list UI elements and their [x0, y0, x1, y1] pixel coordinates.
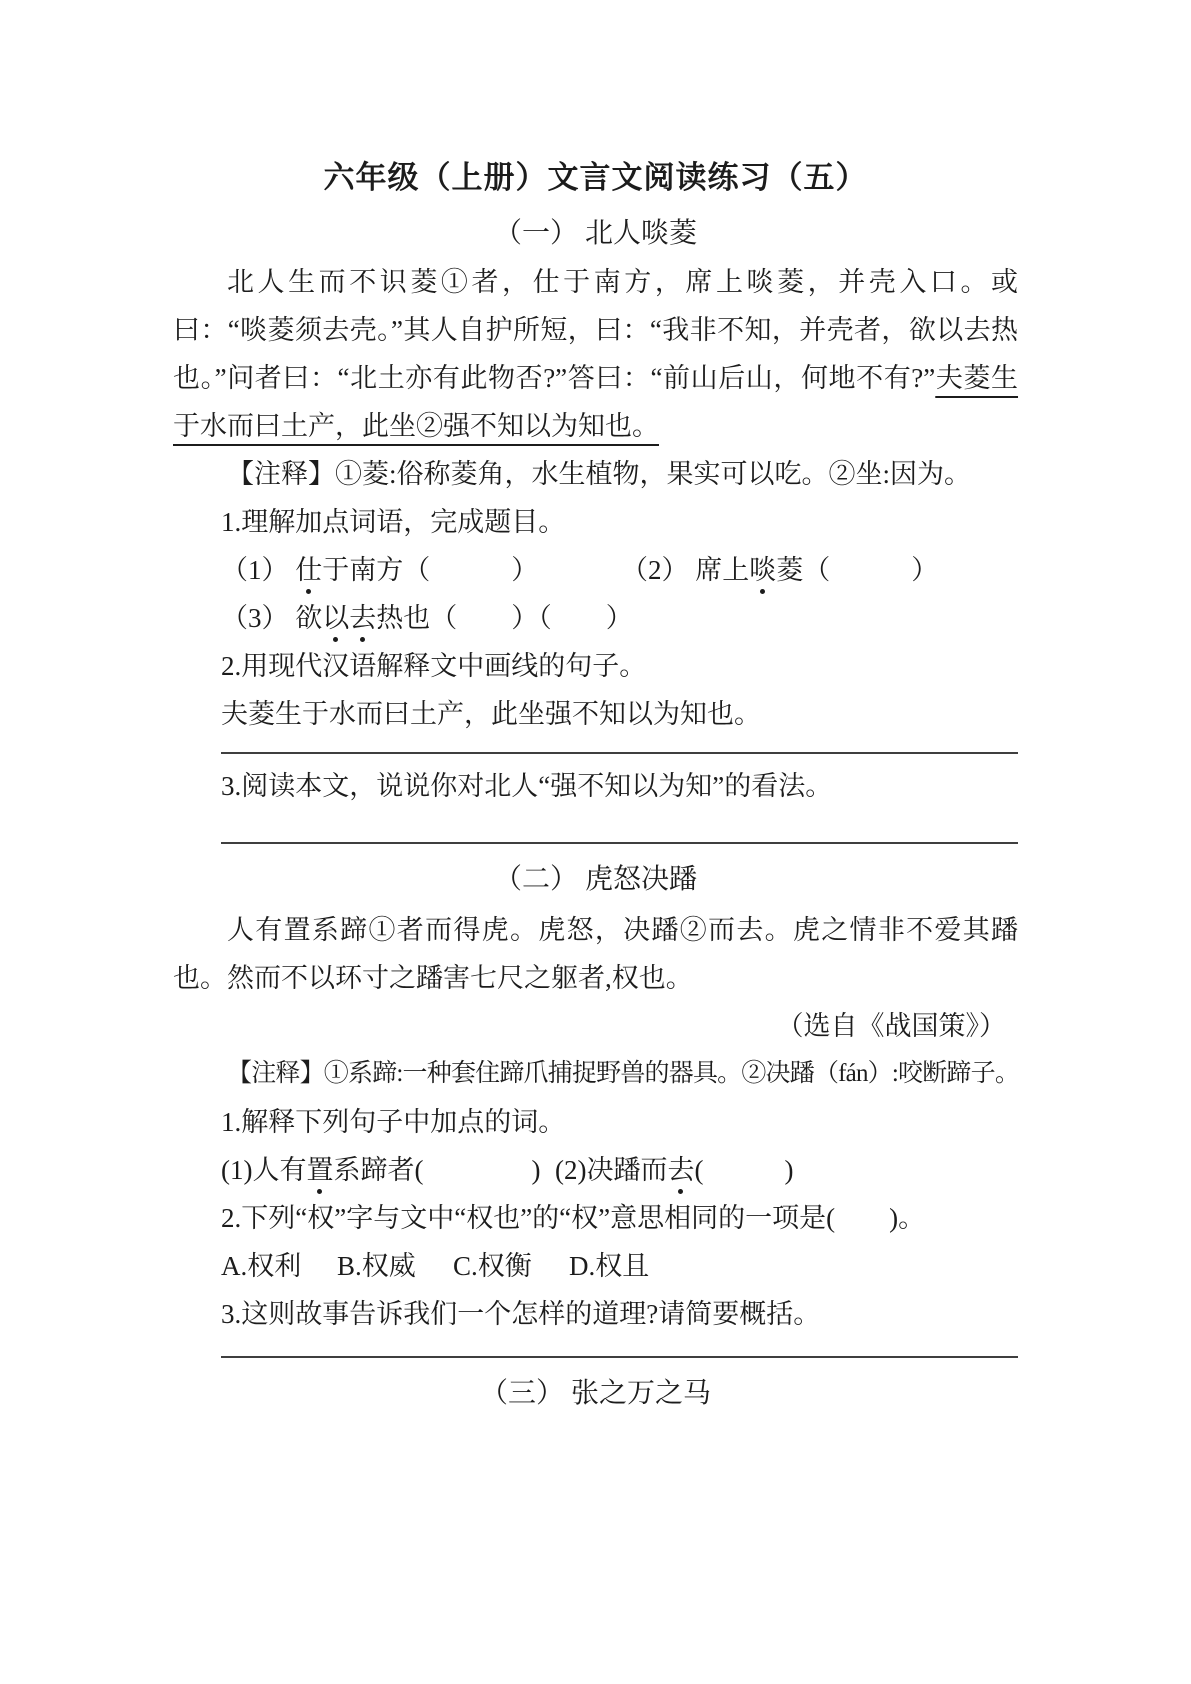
- s2-q1-item1: (1)人有置系蹄者( ): [221, 1146, 555, 1194]
- s1-q1-item2: （2） 席上啖菱（ ）: [621, 555, 938, 585]
- answer-line-1: [221, 752, 1018, 754]
- answer-line-2: [221, 842, 1018, 844]
- s2-q1-item1-answer-blank: ( ): [414, 1155, 540, 1185]
- s2-q2-option-c: C.权衡: [453, 1242, 569, 1290]
- s1-question3-label: 3.阅读本文，说说你对北人“强不知以为知”的看法。: [221, 762, 1018, 810]
- document-content: 六年级（上册）文言文阅读练习（五） （一） 北人啖菱 北人生而不识菱①者，仕于南…: [173, 0, 1018, 1414]
- s2-question3-label: 3.这则故事告诉我们一个怎样的道理?请简要概括。: [221, 1290, 1018, 1338]
- section2-heading: （二） 虎怒决蹯: [173, 860, 1018, 900]
- section2-source-attribution: （选自《战国策》）: [173, 1002, 1018, 1050]
- s1-q1-item3-phrase: 欲以去热也: [295, 603, 430, 633]
- s1-q1-item1-number: （1）: [221, 555, 295, 585]
- s2-question1-label: 1.解释下列句子中加点的词。: [221, 1098, 1018, 1146]
- section1-questions: 1.理解加点词语，完成题目。 （1） 仕于南方（ ）（2） 席上啖菱（ ） （3…: [221, 498, 1018, 738]
- section2-note: 【注释】①系蹄:一种套住蹄爪捕捉野兽的器具。②决蹯（fán）:咬断蹄子。: [173, 1050, 1018, 1098]
- section1-question3-block: 3.阅读本文，说说你对北人“强不知以为知”的看法。: [221, 762, 1018, 810]
- section1-heading: （一） 北人啖菱: [173, 214, 1018, 254]
- section3-heading: （三） 张之万之马: [173, 1374, 1018, 1414]
- s2-question2-label: 2.下列“权”字与文中“权也”的“权”意思相同的一项是( )。: [221, 1194, 1018, 1242]
- section2-questions: 1.解释下列句子中加点的词。 (1)人有置系蹄者( )(2)决蹯而去( ) 2.…: [221, 1098, 1018, 1338]
- section1-passage-plain: 北人生而不识菱①者，仕于南方，席上啖菱，并壳入口。或曰：“啖菱须去壳。”其人自护…: [173, 267, 1018, 393]
- answer-line-3: [221, 1356, 1018, 1358]
- section2-passage: 人有置系蹄①者而得虎。虎怒，决蹯②而去。虎之情非不爱其蹯也。然而不以环寸之蹯害七…: [173, 906, 1018, 1002]
- s2-question2-options-row: A.权利B.权威C.权衡D.权且: [221, 1242, 1018, 1290]
- section1-passage: 北人生而不识菱①者，仕于南方，席上啖菱，并壳入口。或曰：“啖菱须去壳。”其人自护…: [173, 258, 1018, 450]
- s1-q1-item3-answer-blanks: （ ）（ ）: [430, 603, 633, 633]
- s1-q1-item2-number: （2）: [621, 555, 695, 585]
- page-title: 六年级（上册）文言文阅读练习（五）: [173, 156, 1018, 200]
- s1-q1-item2-phrase: 席上啖菱: [695, 555, 803, 585]
- s1-q1-item3-number: （3）: [221, 603, 295, 633]
- s2-q2-option-b: B.权威: [337, 1242, 453, 1290]
- s1-question1-items-row: （1） 仕于南方（ ）（2） 席上啖菱（ ）: [221, 546, 1018, 594]
- s1-q1-item3: （3） 欲以去热也（ ）（ ）: [221, 594, 1018, 642]
- s1-q1-item1-phrase: 仕于南方: [295, 555, 403, 585]
- s1-q1-item1: （1） 仕于南方（ ）: [221, 546, 621, 594]
- s2-q1-item2: (2)决蹯而去( ): [555, 1155, 793, 1185]
- s2-q1-item1-number: (1): [221, 1155, 252, 1185]
- section1-note: 【注释】①菱:俗称菱角，水生植物，果实可以吃。②坐:因为。: [173, 450, 1018, 498]
- s2-q2-option-d: D.权且: [569, 1242, 685, 1290]
- s2-q1-item2-answer-blank: ( ): [694, 1155, 793, 1185]
- s2-q2-option-a: A.权利: [221, 1242, 337, 1290]
- s2-q1-item2-phrase: 决蹯而去: [586, 1155, 694, 1185]
- s2-q1-item2-number: (2): [555, 1155, 586, 1185]
- s2-q1-item1-phrase: 人有置系蹄者: [252, 1155, 414, 1185]
- s1-q1-item2-answer-blank: （ ）: [803, 555, 938, 585]
- s1-question2-label: 2.用现代汉语解释文中画线的句子。: [221, 642, 1018, 690]
- worksheet-page: { "doc": { "title": "六年级（上册）文言文阅读练习（五）",…: [0, 0, 1191, 1684]
- s1-q1-item1-answer-blank: （ ）: [403, 555, 538, 585]
- s1-question2-sentence: 夫菱生于水而曰土产，此坐强不知以为知也。: [221, 690, 1018, 738]
- s1-question1-label: 1.理解加点词语，完成题目。: [221, 498, 1018, 546]
- s2-question1-items-row: (1)人有置系蹄者( )(2)决蹯而去( ): [221, 1146, 1018, 1194]
